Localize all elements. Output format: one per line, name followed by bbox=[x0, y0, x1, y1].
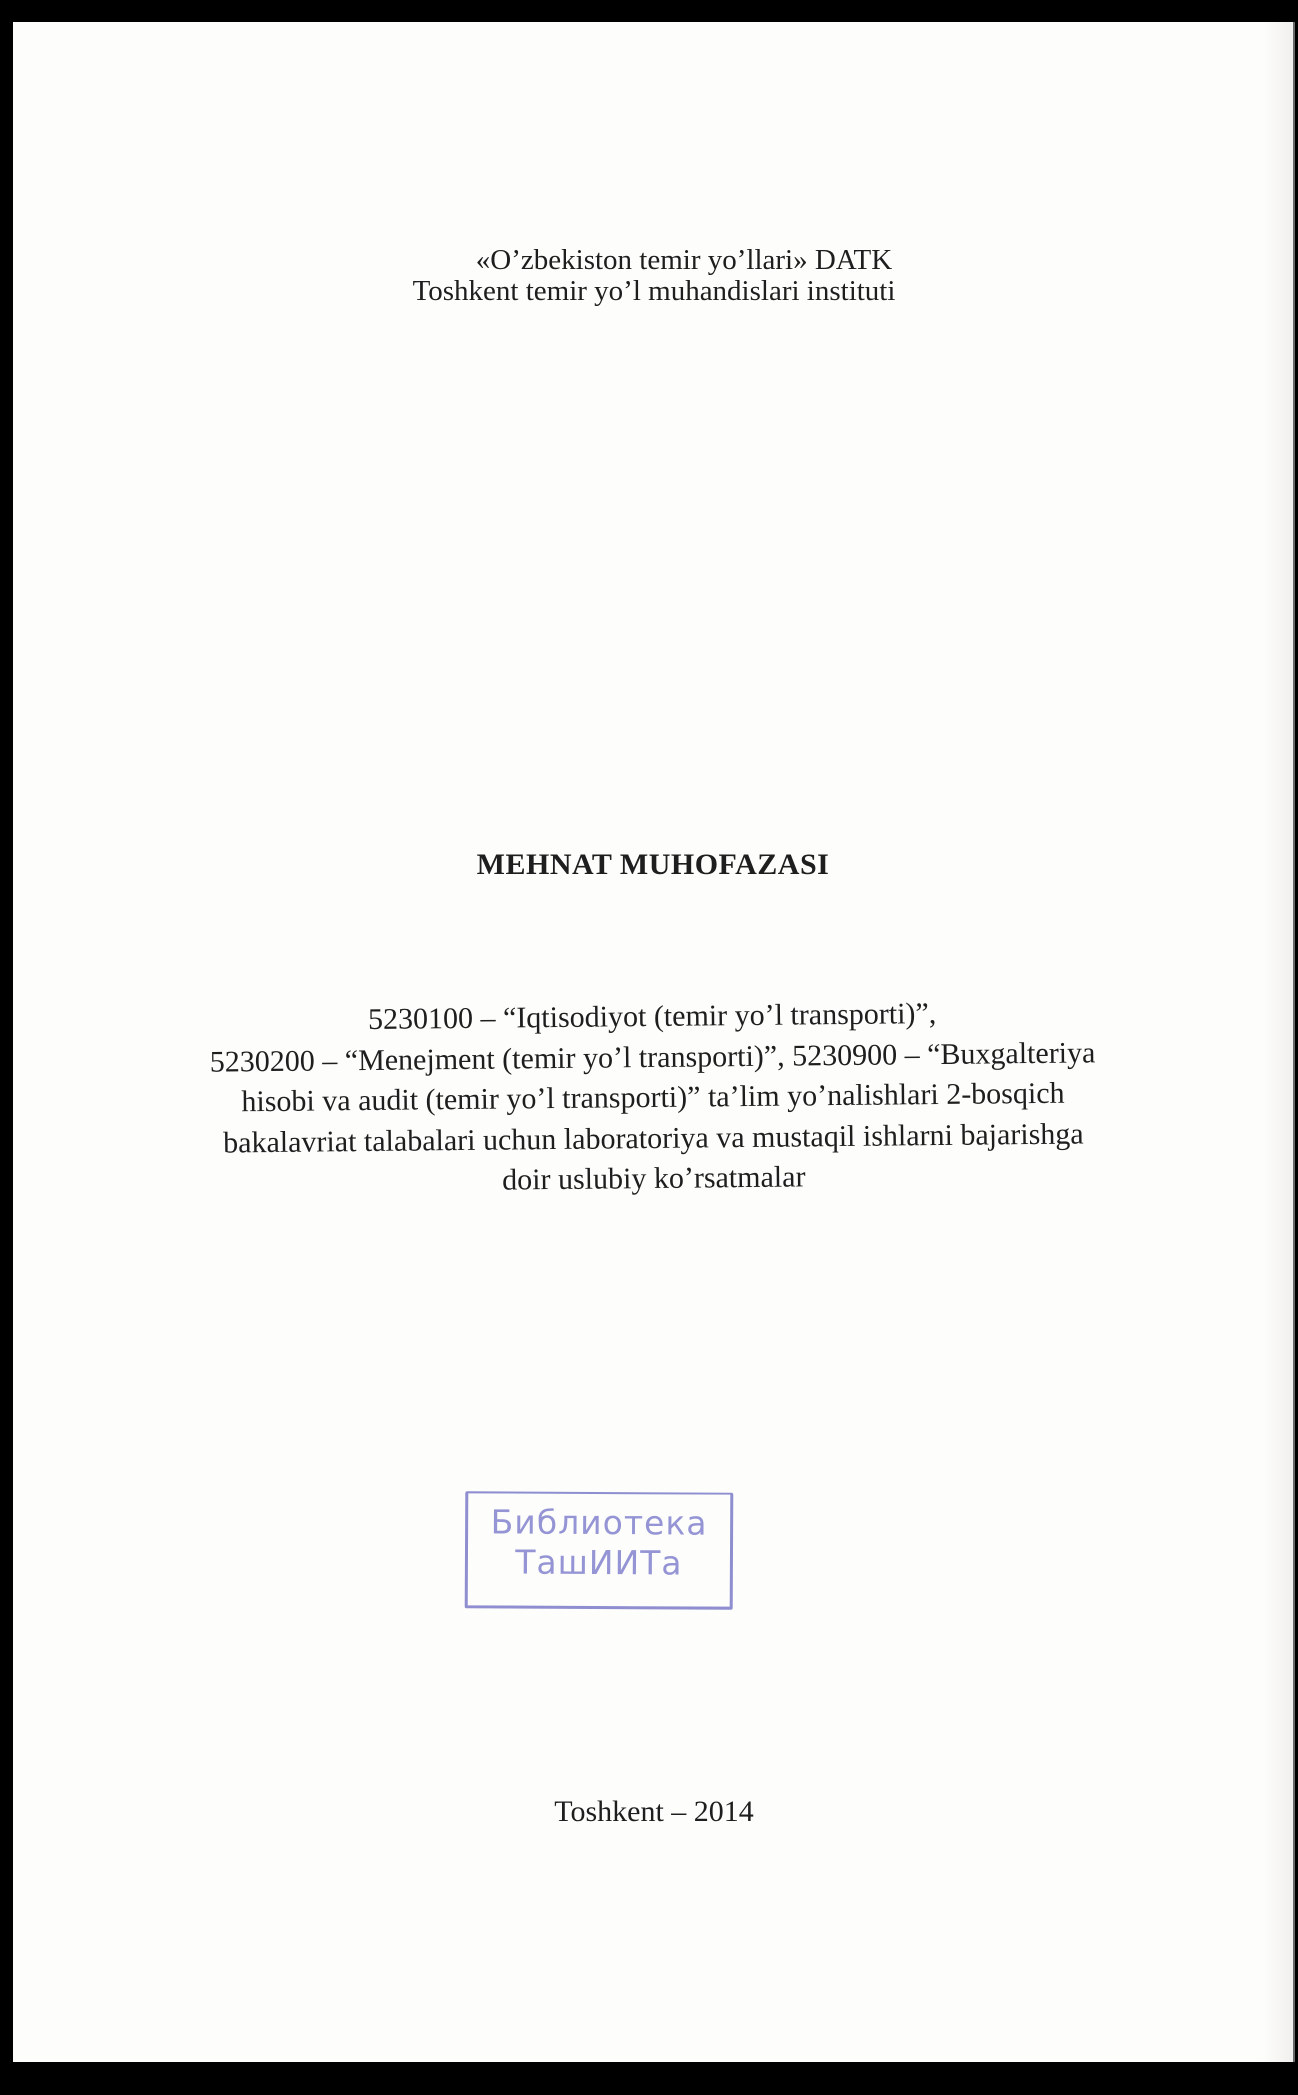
organization-name: «O’zbekiston temir yo’llari» DATK bbox=[13, 244, 1293, 276]
stamp-line-institute: ТашИИТа bbox=[468, 1542, 730, 1583]
library-stamp: Библиотека ТашИИТа bbox=[465, 1491, 734, 1609]
document-page: «O’zbekiston temir yo’llari» DATK Toshke… bbox=[13, 22, 1295, 2062]
place-and-year: Toshkent – 2014 bbox=[13, 1796, 1293, 1828]
document-description: 5230100 – “Iqtisodiyot (temir yo’l trans… bbox=[12, 990, 1294, 1206]
stamp-line-library: Библиотека bbox=[468, 1502, 730, 1543]
institute-name: Toshkent temir yo’l muhandislari institu… bbox=[13, 275, 1293, 307]
document-title: MEHNAT MUHOFAZASI bbox=[13, 849, 1293, 881]
